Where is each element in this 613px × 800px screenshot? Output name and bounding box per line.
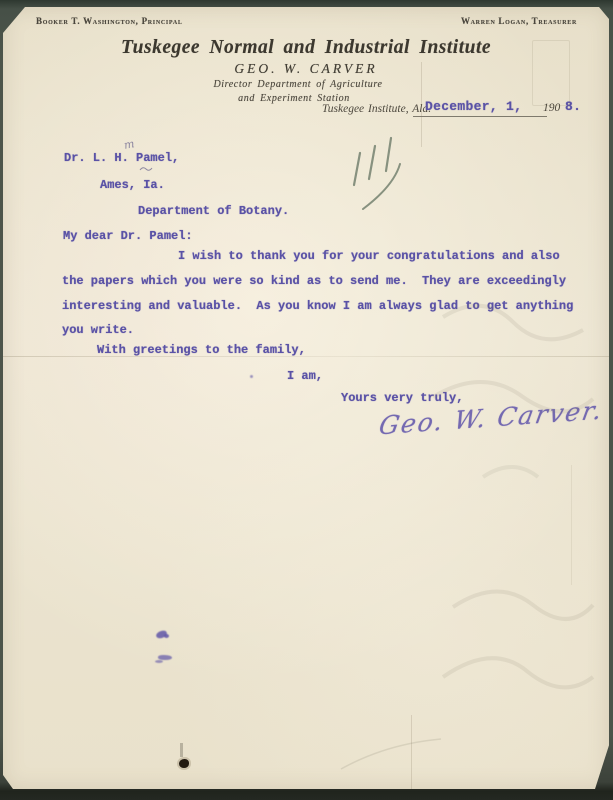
body-line: you write. <box>62 323 134 337</box>
ink-blot-lower-speck <box>155 660 163 663</box>
faint-pencil-curve <box>333 727 453 787</box>
showthrough-scrawl <box>423 277 603 757</box>
dateline-place: Tuskegee Institute, Ala. <box>322 103 431 115</box>
punch-hole <box>179 759 189 768</box>
closing-greetings: With greetings to the family, <box>97 343 306 357</box>
handwritten-correction: m <box>123 137 136 152</box>
principal-line: Booker T. Washington, Principal <box>36 16 183 26</box>
recipient-name: Dr. L. H. Pamel, <box>64 151 179 165</box>
recipient-department: Department of Botany. <box>138 204 289 218</box>
ink-blot-upper-speck <box>164 634 169 638</box>
vertical-crease-top <box>421 62 422 147</box>
ink-dot <box>250 375 253 378</box>
institute-name: Tuskegee Normal and Industrial Institute <box>3 37 609 59</box>
closing-i-am: I am, <box>287 369 323 383</box>
body-line: I wish to thank you for your congratulat… <box>178 249 560 263</box>
dateline-typed-date: December, 1, <box>425 99 522 114</box>
officer-title-line-1: Director Department of Agriculture <box>0 79 601 90</box>
recipient-city: Ames, Ia. <box>100 178 165 192</box>
salutation: My dear Dr. Pamel: <box>63 229 193 243</box>
dateline-rule <box>413 116 547 117</box>
small-pencil-mark <box>139 165 153 173</box>
treasurer-line: Warren Logan, Treasurer <box>461 16 577 26</box>
letter-paper: Booker T. Washington, Principal Warren L… <box>3 7 609 789</box>
officer-name: GEO. W. CARVER <box>3 61 609 77</box>
embossed-impression <box>532 40 570 106</box>
scuff-mark <box>180 743 183 757</box>
